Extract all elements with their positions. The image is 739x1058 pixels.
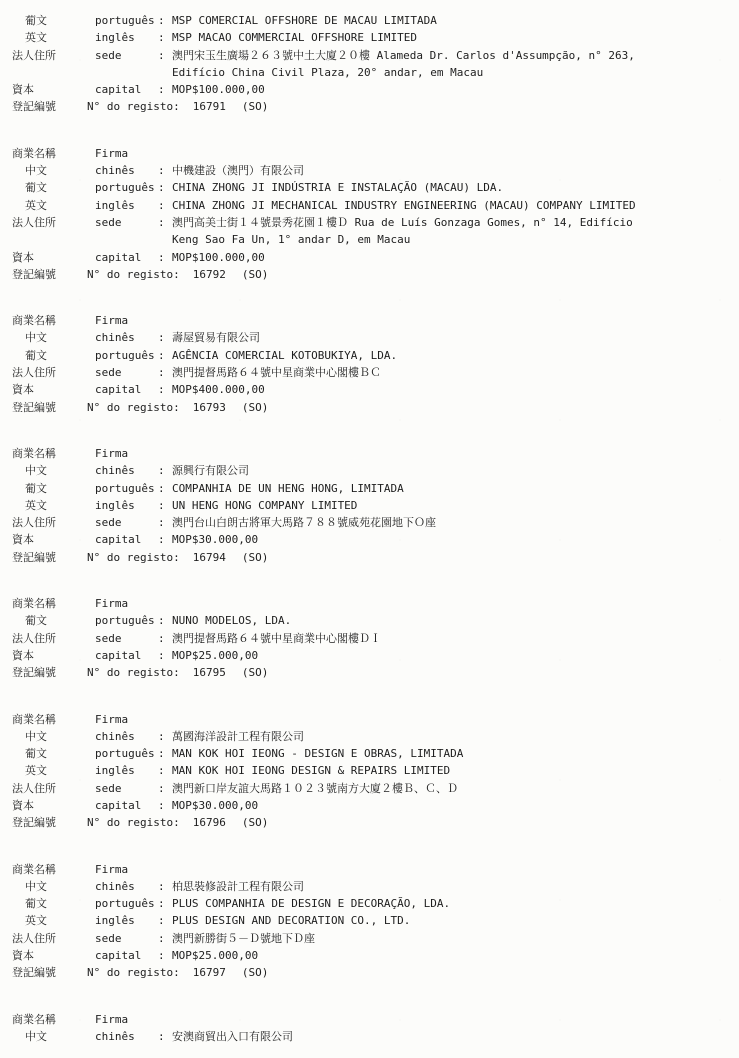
field-value: MSP MACAO COMMERCIAL OFFSHORE LIMITED — [172, 29, 731, 46]
registry-entry-16793: 商業名稱Firma中文chinês:壽屋貿易有限公司葡文português:AG… — [12, 312, 731, 416]
field-label-pt: capital — [95, 81, 158, 98]
registration-mark: (SO) — [242, 399, 269, 416]
firma-header-row: 商業名稱Firma — [12, 312, 731, 329]
field-row: 葡文português:MSP COMERCIAL OFFSHORE DE MA… — [12, 12, 731, 29]
field-colon: : — [158, 381, 172, 398]
field-label-zh: 葡文 — [12, 745, 95, 762]
field-value-line1: CHINA ZHONG JI INDÚSTRIA E INSTALAÇÃO (M… — [172, 181, 503, 194]
field-label-zh: 登記編號 — [12, 814, 87, 831]
field-label-zh: 中文 — [12, 462, 95, 479]
field-label-zh: 法人住所 — [12, 780, 95, 797]
registry-entry-16795: 商業名稱Firma葡文português:NUNO MODELOS, LDA.法… — [12, 595, 731, 681]
field-value-line2: Keng Sao Fa Un, 1° andar D, em Macau — [172, 231, 731, 248]
field-value-line1: PLUS COMPANHIA DE DESIGN E DECORAÇÃO, LD… — [172, 897, 450, 910]
registration-number-row: 登記編號N° do registo:16797(SO) — [12, 964, 731, 981]
field-label-pt: N° do registo: — [87, 814, 180, 831]
field-label-pt: chinês — [95, 329, 158, 346]
field-label-zh: 商業名稱 — [12, 861, 95, 878]
field-label-pt: sede — [95, 47, 158, 64]
scanned-registry-page: 葡文português:MSP COMERCIAL OFFSHORE DE MA… — [0, 0, 739, 1058]
field-value: MOP$30.000,00 — [172, 797, 731, 814]
field-label-zh: 法人住所 — [12, 47, 95, 64]
field-label-zh: 中文 — [12, 1028, 95, 1045]
field-label-zh: 登記編號 — [12, 266, 87, 283]
registry-entry-16796: 商業名稱Firma中文chinês:萬國海洋設計工程有限公司葡文portuguê… — [12, 711, 731, 832]
firma-header-row: 商業名稱Firma — [12, 145, 731, 162]
field-label-zh: 商業名稱 — [12, 312, 95, 329]
field-value: MOP$400.000,00 — [172, 381, 731, 398]
field-row: 資本capital:MOP$25.000,00 — [12, 647, 731, 664]
field-row: 葡文português:MAN KOK HOI IEONG - DESIGN E… — [12, 745, 731, 762]
field-value: COMPANHIA DE UN HENG HONG, LIMITADA — [172, 480, 731, 497]
field-label-pt: N° do registo: — [87, 266, 180, 283]
field-colon: : — [158, 514, 172, 531]
field-label-pt: chinês — [95, 728, 158, 745]
registration-number: 16791 — [193, 98, 226, 115]
field-value: MOP$100.000,00 — [172, 249, 731, 266]
field-label-pt: N° do registo: — [87, 549, 180, 566]
registry-entry-16792: 商業名稱Firma中文chinês:中機建設（澳門）有限公司葡文portuguê… — [12, 145, 731, 283]
firma-header-row: 商業名稱Firma — [12, 711, 731, 728]
field-row: 資本capital:MOP$30.000,00 — [12, 797, 731, 814]
field-row: 葡文português:NUNO MODELOS, LDA. — [12, 612, 731, 629]
field-label-zh: 葡文 — [12, 480, 95, 497]
registration-mark: (SO) — [242, 664, 269, 681]
field-label-pt: português — [95, 12, 158, 29]
field-label-zh: 英文 — [12, 29, 95, 46]
field-value: CHINA ZHONG JI MECHANICAL INDUSTRY ENGIN… — [172, 197, 731, 214]
field-value-line1: MAN KOK HOI IEONG DESIGN & REPAIRS LIMIT… — [172, 764, 450, 777]
field-value-line1: MSP MACAO COMMERCIAL OFFSHORE LIMITED — [172, 31, 417, 44]
field-colon: : — [158, 480, 172, 497]
field-colon: : — [158, 612, 172, 629]
registration-number-row: 登記編號N° do registo:16795(SO) — [12, 664, 731, 681]
field-colon: : — [158, 797, 172, 814]
field-label-pt: sede — [95, 514, 158, 531]
field-value-line1: NUNO MODELOS, LDA. — [172, 614, 291, 627]
field-label-pt: chinês — [95, 878, 158, 895]
field-row: 資本capital:MOP$100.000,00 — [12, 81, 731, 98]
field-label-pt: capital — [95, 797, 158, 814]
field-value-line1: 澳門提督馬路６４號中星商業中心閣樓ＤＩ — [172, 632, 381, 645]
field-value-line1: MOP$30.000,00 — [172, 533, 258, 546]
field-value: 澳門宋玉生廣場２６３號中土大廈２０樓 Alameda Dr. Carlos d'… — [172, 47, 731, 82]
field-row: 資本capital:MOP$25.000,00 — [12, 947, 731, 964]
field-label-pt: sede — [95, 930, 158, 947]
field-colon: : — [158, 249, 172, 266]
field-value-line1: 壽屋貿易有限公司 — [172, 331, 260, 344]
field-label-zh: 英文 — [12, 912, 95, 929]
field-label-pt: português — [95, 612, 158, 629]
field-value: 萬國海洋設計工程有限公司 — [172, 728, 731, 745]
field-label-pt: inglês — [95, 497, 158, 514]
field-label-zh: 法人住所 — [12, 630, 95, 647]
field-value-line1: 澳門宋玉生廣場２６３號中土大廈２０樓 Alameda Dr. Carlos d'… — [172, 49, 635, 62]
registration-mark: (SO) — [242, 814, 269, 831]
registration-number: 16792 — [193, 266, 226, 283]
field-row: 法人住所sede:澳門提督馬路６４號中星商業中心閣樓ＤＩ — [12, 630, 731, 647]
field-colon: : — [158, 47, 172, 64]
field-value: 源興行有限公司 — [172, 462, 731, 479]
field-label-zh: 葡文 — [12, 612, 95, 629]
field-row: 英文inglês:MAN KOK HOI IEONG DESIGN & REPA… — [12, 762, 731, 779]
field-row: 中文chinês:源興行有限公司 — [12, 462, 731, 479]
field-row: 法人住所sede:澳門新口岸友誼大馬路１０２３號南方大廈２樓Ｂ、Ｃ、Ｄ — [12, 780, 731, 797]
field-colon: : — [158, 29, 172, 46]
field-value-line1: 澳門新勝街５－Ｄ號地下Ｄ座 — [172, 932, 315, 945]
field-value-line1: 澳門台山白朗古將軍大馬路７８８號威苑花園地下Ｏ座 — [172, 516, 436, 529]
registration-number: 16795 — [193, 664, 226, 681]
field-label-pt: capital — [95, 249, 158, 266]
field-colon: : — [158, 895, 172, 912]
field-value-line1: MAN KOK HOI IEONG - DESIGN E OBRAS, LIMI… — [172, 747, 463, 760]
field-colon: : — [158, 462, 172, 479]
registration-number: 16793 — [193, 399, 226, 416]
registration-mark: (SO) — [242, 266, 269, 283]
field-colon: : — [158, 878, 172, 895]
field-label-pt: chinês — [95, 462, 158, 479]
field-value-line1: MOP$100.000,00 — [172, 83, 265, 96]
field-row: 法人住所sede:澳門新勝街５－Ｄ號地下Ｄ座 — [12, 930, 731, 947]
field-label-zh: 資本 — [12, 381, 95, 398]
field-value: AGÊNCIA COMERCIAL KOTOBUKIYA, LDA. — [172, 347, 731, 364]
field-value: MAN KOK HOI IEONG DESIGN & REPAIRS LIMIT… — [172, 762, 731, 779]
registration-mark: (SO) — [242, 549, 269, 566]
field-row: 葡文português:AGÊNCIA COMERCIAL KOTOBUKIYA… — [12, 347, 731, 364]
registration-number: 16797 — [193, 964, 226, 981]
field-label-pt: sede — [95, 214, 158, 231]
field-label-zh: 英文 — [12, 197, 95, 214]
field-label-zh: 商業名稱 — [12, 145, 95, 162]
field-row: 法人住所sede:澳門宋玉生廣場２６３號中土大廈２０樓 Alameda Dr. … — [12, 47, 731, 82]
registry-entry-partial: 商業名稱Firma中文chinês:安澳商貿出入口有限公司 — [12, 1011, 731, 1046]
field-label-pt: capital — [95, 531, 158, 548]
field-row: 葡文português:CHINA ZHONG JI INDÚSTRIA E I… — [12, 179, 731, 196]
registration-mark: (SO) — [242, 964, 269, 981]
field-colon: : — [158, 364, 172, 381]
field-label-zh: 葡文 — [12, 179, 95, 196]
field-row: 英文inglês:MSP MACAO COMMERCIAL OFFSHORE L… — [12, 29, 731, 46]
field-value-line1: MOP$100.000,00 — [172, 251, 265, 264]
field-row: 中文chinês:中機建設（澳門）有限公司 — [12, 162, 731, 179]
field-value: 澳門提督馬路６４號中星商業中心閣樓ＤＩ — [172, 630, 731, 647]
field-colon: : — [158, 780, 172, 797]
field-label-pt: inglês — [95, 762, 158, 779]
field-label-zh: 登記編號 — [12, 664, 87, 681]
registry-entry-16797: 商業名稱Firma中文chinês:柏思裝修設計工程有限公司葡文portuguê… — [12, 861, 731, 982]
field-label-zh: 法人住所 — [12, 930, 95, 947]
field-label-pt: Firma — [95, 861, 158, 878]
field-row: 葡文português:PLUS COMPANHIA DE DESIGN E D… — [12, 895, 731, 912]
field-colon: : — [158, 162, 172, 179]
field-label-pt: capital — [95, 647, 158, 664]
field-row: 英文inglês:PLUS DESIGN AND DECORATION CO.,… — [12, 912, 731, 929]
field-label-zh: 英文 — [12, 497, 95, 514]
field-label-zh: 法人住所 — [12, 364, 95, 381]
registration-number-row: 登記編號N° do registo:16794(SO) — [12, 549, 731, 566]
field-value-line1: 萬國海洋設計工程有限公司 — [172, 730, 304, 743]
field-label-pt: capital — [95, 947, 158, 964]
field-label-pt: Firma — [95, 145, 158, 162]
field-colon: : — [158, 947, 172, 964]
registry-entry-16794: 商業名稱Firma中文chinês:源興行有限公司葡文português:COM… — [12, 445, 731, 566]
field-label-pt: Firma — [95, 595, 158, 612]
field-label-zh: 中文 — [12, 878, 95, 895]
field-value: 澳門提督馬路６４號中星商業中心閣樓ＢＣ — [172, 364, 731, 381]
field-label-pt: capital — [95, 381, 158, 398]
field-value-line1: MSP COMERCIAL OFFSHORE DE MACAU LIMITADA — [172, 14, 437, 27]
field-value-line1: 柏思裝修設計工程有限公司 — [172, 880, 304, 893]
field-label-zh: 中文 — [12, 728, 95, 745]
field-value-line1: 中機建設（澳門）有限公司 — [172, 164, 304, 177]
field-value: 澳門新勝街５－Ｄ號地下Ｄ座 — [172, 930, 731, 947]
field-row: 英文inglês:CHINA ZHONG JI MECHANICAL INDUS… — [12, 197, 731, 214]
field-colon: : — [158, 912, 172, 929]
field-label-zh: 葡文 — [12, 12, 95, 29]
field-value-line1: MOP$25.000,00 — [172, 949, 258, 962]
firma-header-row: 商業名稱Firma — [12, 445, 731, 462]
field-label-pt: sede — [95, 630, 158, 647]
field-label-zh: 商業名稱 — [12, 711, 95, 728]
field-label-zh: 資本 — [12, 647, 95, 664]
firma-header-row: 商業名稱Firma — [12, 1011, 731, 1028]
field-value-line1: CHINA ZHONG JI MECHANICAL INDUSTRY ENGIN… — [172, 199, 636, 212]
field-value: UN HENG HONG COMPANY LIMITED — [172, 497, 731, 514]
field-row: 法人住所sede:澳門提督馬路６４號中星商業中心閣樓ＢＣ — [12, 364, 731, 381]
field-label-zh: 登記編號 — [12, 549, 87, 566]
field-label-zh: 商業名稱 — [12, 1011, 95, 1028]
field-label-zh: 葡文 — [12, 895, 95, 912]
field-value: PLUS COMPANHIA DE DESIGN E DECORAÇÃO, LD… — [172, 895, 731, 912]
field-label-pt: N° do registo: — [87, 964, 180, 981]
field-label-pt: sede — [95, 364, 158, 381]
field-label-zh: 商業名稱 — [12, 445, 95, 462]
field-label-pt: inglês — [95, 912, 158, 929]
field-value-line1: 安澳商貿出入口有限公司 — [172, 1030, 293, 1043]
field-label-pt: português — [95, 347, 158, 364]
field-label-pt: português — [95, 480, 158, 497]
field-value-line1: MOP$25.000,00 — [172, 649, 258, 662]
field-label-zh: 法人住所 — [12, 214, 95, 231]
field-label-pt: chinês — [95, 1028, 158, 1045]
field-value-line1: 源興行有限公司 — [172, 464, 249, 477]
field-label-pt: sede — [95, 780, 158, 797]
field-value: 安澳商貿出入口有限公司 — [172, 1028, 731, 1045]
field-row: 中文chinês:安澳商貿出入口有限公司 — [12, 1028, 731, 1045]
field-row: 資本capital:MOP$100.000,00 — [12, 249, 731, 266]
registration-number-row: 登記編號N° do registo:16796(SO) — [12, 814, 731, 831]
field-value: 壽屋貿易有限公司 — [172, 329, 731, 346]
field-value: NUNO MODELOS, LDA. — [172, 612, 731, 629]
field-value-line1: UN HENG HONG COMPANY LIMITED — [172, 499, 357, 512]
registration-mark: (SO) — [242, 98, 269, 115]
field-row: 中文chinês:萬國海洋設計工程有限公司 — [12, 728, 731, 745]
field-label-zh: 資本 — [12, 249, 95, 266]
field-colon: : — [158, 214, 172, 231]
field-row: 資本capital:MOP$400.000,00 — [12, 381, 731, 398]
field-value-line1: COMPANHIA DE UN HENG HONG, LIMITADA — [172, 482, 404, 495]
field-value: MOP$100.000,00 — [172, 81, 731, 98]
field-colon: : — [158, 630, 172, 647]
field-value: MOP$25.000,00 — [172, 947, 731, 964]
field-colon: : — [158, 347, 172, 364]
field-value-line1: PLUS DESIGN AND DECORATION CO., LTD. — [172, 914, 410, 927]
field-label-pt: Firma — [95, 1011, 158, 1028]
field-label-zh: 資本 — [12, 531, 95, 548]
field-value: CHINA ZHONG JI INDÚSTRIA E INSTALAÇÃO (M… — [172, 179, 731, 196]
field-label-pt: N° do registo: — [87, 664, 180, 681]
field-colon: : — [158, 728, 172, 745]
field-value: MAN KOK HOI IEONG - DESIGN E OBRAS, LIMI… — [172, 745, 731, 762]
field-colon: : — [158, 197, 172, 214]
field-value-line2: Edifício China Civil Plaza, 20° andar, e… — [172, 64, 731, 81]
field-label-pt: português — [95, 179, 158, 196]
field-value: 澳門新口岸友誼大馬路１０２３號南方大廈２樓Ｂ、Ｃ、Ｄ — [172, 780, 731, 797]
field-label-pt: Firma — [95, 312, 158, 329]
field-colon: : — [158, 647, 172, 664]
field-value: MSP COMERCIAL OFFSHORE DE MACAU LIMITADA — [172, 12, 731, 29]
field-value: 澳門高美士街１４號景秀花園１樓Ｄ Rua de Luís Gonzaga Gom… — [172, 214, 731, 249]
field-row: 法人住所sede:澳門台山白朗古將軍大馬路７８８號威苑花園地下Ｏ座 — [12, 514, 731, 531]
field-row: 法人住所sede:澳門高美士街１４號景秀花園１樓Ｄ Rua de Luís Go… — [12, 214, 731, 249]
field-label-zh: 資本 — [12, 81, 95, 98]
field-label-zh: 英文 — [12, 762, 95, 779]
field-colon: : — [158, 762, 172, 779]
field-value-line1: AGÊNCIA COMERCIAL KOTOBUKIYA, LDA. — [172, 349, 397, 362]
field-value-line1: MOP$30.000,00 — [172, 799, 258, 812]
field-label-zh: 商業名稱 — [12, 595, 95, 612]
field-value-line1: 澳門提督馬路６４號中星商業中心閣樓ＢＣ — [172, 366, 381, 379]
field-label-pt: chinês — [95, 162, 158, 179]
registration-number-row: 登記編號N° do registo:16793(SO) — [12, 399, 731, 416]
field-label-pt: inglês — [95, 197, 158, 214]
field-row: 英文inglês:UN HENG HONG COMPANY LIMITED — [12, 497, 731, 514]
field-label-pt: N° do registo: — [87, 98, 180, 115]
field-label-pt: Firma — [95, 711, 158, 728]
registration-number: 16796 — [193, 814, 226, 831]
field-label-pt: português — [95, 745, 158, 762]
field-colon: : — [158, 497, 172, 514]
field-label-pt: português — [95, 895, 158, 912]
registration-number-row: 登記編號N° do registo:16791(SO) — [12, 98, 731, 115]
registration-number-row: 登記編號N° do registo:16792(SO) — [12, 266, 731, 283]
field-label-zh: 中文 — [12, 162, 95, 179]
registration-number: 16794 — [193, 549, 226, 566]
field-value: 柏思裝修設計工程有限公司 — [172, 878, 731, 895]
field-row: 葡文português:COMPANHIA DE UN HENG HONG, L… — [12, 480, 731, 497]
field-colon: : — [158, 12, 172, 29]
field-row: 資本capital:MOP$30.000,00 — [12, 531, 731, 548]
field-value-line1: MOP$400.000,00 — [172, 383, 265, 396]
field-label-zh: 登記編號 — [12, 98, 87, 115]
field-colon: : — [158, 745, 172, 762]
field-label-zh: 法人住所 — [12, 514, 95, 531]
field-colon: : — [158, 179, 172, 196]
field-value: 澳門台山白朗古將軍大馬路７８８號威苑花園地下Ｏ座 — [172, 514, 731, 531]
field-value: MOP$25.000,00 — [172, 647, 731, 664]
firma-header-row: 商業名稱Firma — [12, 595, 731, 612]
field-label-pt: N° do registo: — [87, 399, 180, 416]
field-value: PLUS DESIGN AND DECORATION CO., LTD. — [172, 912, 731, 929]
field-label-pt: Firma — [95, 445, 158, 462]
firma-header-row: 商業名稱Firma — [12, 861, 731, 878]
field-colon: : — [158, 531, 172, 548]
field-value-line1: 澳門高美士街１４號景秀花園１樓Ｄ Rua de Luís Gonzaga Gom… — [172, 216, 633, 229]
field-label-zh: 登記編號 — [12, 964, 87, 981]
field-label-zh: 葡文 — [12, 347, 95, 364]
registry-entry-16791: 葡文português:MSP COMERCIAL OFFSHORE DE MA… — [12, 12, 731, 116]
field-row: 中文chinês:柏思裝修設計工程有限公司 — [12, 878, 731, 895]
field-value-line1: 澳門新口岸友誼大馬路１０２３號南方大廈２樓Ｂ、Ｃ、Ｄ — [172, 782, 458, 795]
field-colon: : — [158, 81, 172, 98]
field-colon: : — [158, 329, 172, 346]
field-colon: : — [158, 930, 172, 947]
field-label-zh: 資本 — [12, 797, 95, 814]
field-value: 中機建設（澳門）有限公司 — [172, 162, 731, 179]
field-label-zh: 中文 — [12, 329, 95, 346]
field-label-zh: 登記編號 — [12, 399, 87, 416]
field-colon: : — [158, 1028, 172, 1045]
field-label-pt: inglês — [95, 29, 158, 46]
field-row: 中文chinês:壽屋貿易有限公司 — [12, 329, 731, 346]
field-label-zh: 資本 — [12, 947, 95, 964]
field-value: MOP$30.000,00 — [172, 531, 731, 548]
